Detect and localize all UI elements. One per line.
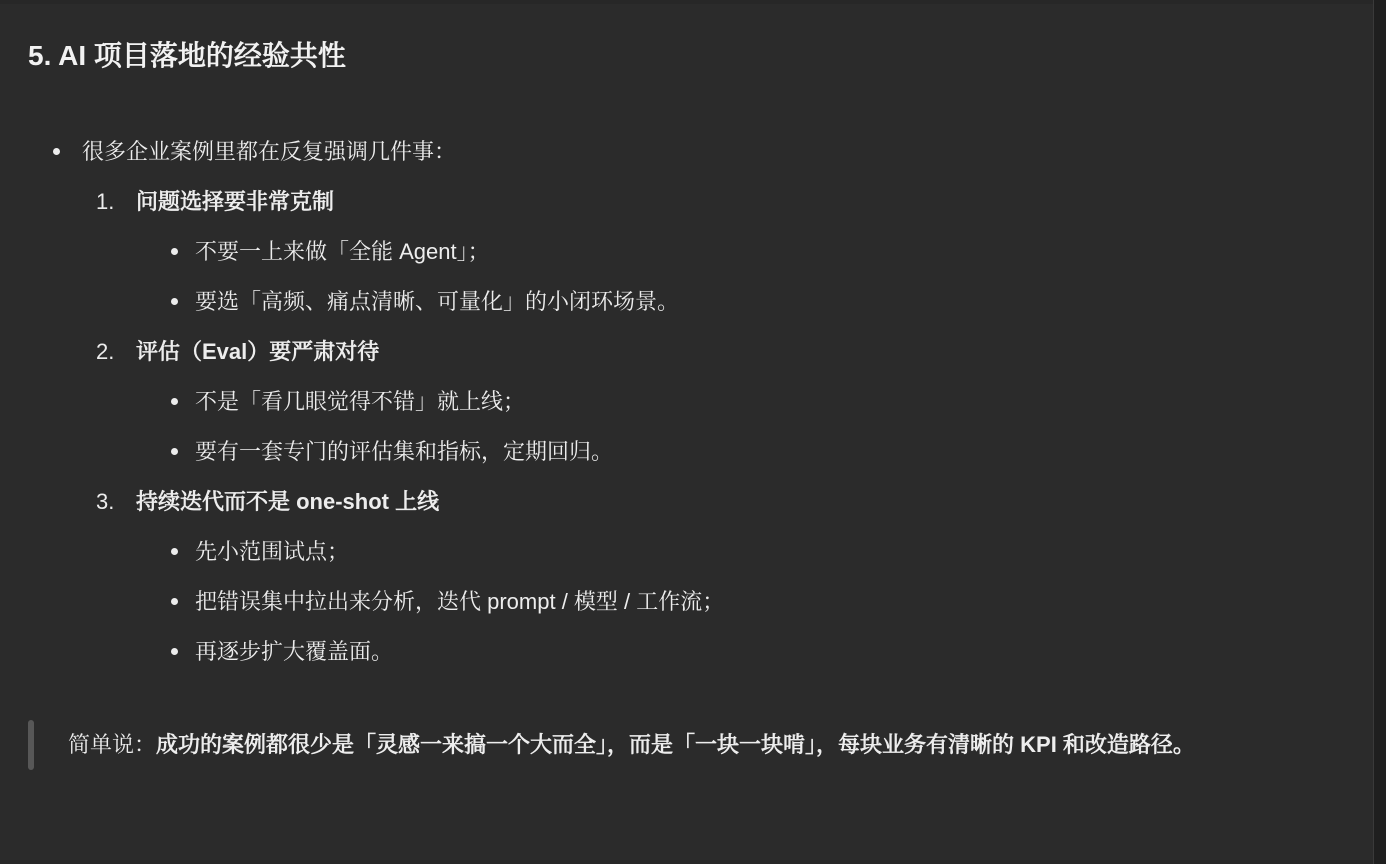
bullet-icon [171,298,178,305]
intro-text: 很多企业案例里都在反复强调几件事： [82,139,456,164]
bullet-icon [171,248,178,255]
item-title: 评估（Eval）要严肃对待 [136,339,379,364]
numbered-item-1-title: 1. 问题选择要非常克制 [0,177,1386,227]
bullet-icon [171,448,178,455]
item-title: 问题选择要非常克制 [136,189,334,214]
window-edge-bottom [0,860,1373,864]
bullet-icon [171,598,178,605]
item-number: 2. [96,327,114,377]
bullet-list: 很多企业案例里都在反复强调几件事： 1. 问题选择要非常克制 不要一上来做「全能… [0,127,1386,677]
sub-bullet: 把错误集中拉出来分析，迭代 prompt / 模型 / 工作流； [0,577,1386,627]
numbered-item-3-title: 3. 持续迭代而不是 one-shot 上线 [0,477,1386,527]
blockquote-prefix: 简单说： [68,732,156,757]
bullet-icon [53,148,60,155]
sub-bullet: 不要一上来做「全能 Agent」； [0,227,1386,277]
sub-bullet-text: 不要一上来做「全能 Agent」； [195,239,490,264]
sub-bullet-text: 再逐步扩大覆盖面。 [195,639,393,664]
list-item-intro: 很多企业案例里都在反复强调几件事： [0,127,1386,177]
numbered-item-2-title: 2. 评估（Eval）要严肃对待 [0,327,1386,377]
blockquote-bold-text: 成功的案例都很少是「灵感一来搞一个大而全」，而是「一块一块啃」，每块业务有清晰的… [156,732,1195,757]
bullet-icon [171,398,178,405]
sub-bullet: 要有一套专门的评估集和指标，定期回归。 [0,427,1386,477]
section-heading: 5. AI 项目落地的经验共性 [28,38,1386,74]
item-number: 1. [96,177,114,227]
bullet-icon [171,548,178,555]
window-edge-right [1373,0,1386,864]
sub-bullet-text: 先小范围试点； [195,539,349,564]
sub-bullet: 不是「看几眼觉得不错」就上线； [0,377,1386,427]
item-number: 3. [96,477,114,527]
window-edge-top [0,0,1373,4]
item-title: 持续迭代而不是 one-shot 上线 [136,489,439,514]
blockquote: 简单说：成功的案例都很少是「灵感一来搞一个大而全」，而是「一块一块啃」，每块业务… [28,720,1330,770]
sub-bullet: 再逐步扩大覆盖面。 [0,627,1386,677]
sub-bullet-text: 要有一套专门的评估集和指标，定期回归。 [195,439,613,464]
sub-bullet-text: 把错误集中拉出来分析，迭代 prompt / 模型 / 工作流； [195,589,724,614]
message-content: 5. AI 项目落地的经验共性 很多企业案例里都在反复强调几件事： 1. 问题选… [0,0,1386,770]
bullet-icon [171,648,178,655]
sub-bullet: 要选「高频、痛点清晰、可量化」的小闭环场景。 [0,277,1386,327]
sub-bullet-text: 不是「看几眼觉得不错」就上线； [195,389,525,414]
sub-bullet: 先小范围试点； [0,527,1386,577]
sub-bullet-text: 要选「高频、痛点清晰、可量化」的小闭环场景。 [195,289,679,314]
